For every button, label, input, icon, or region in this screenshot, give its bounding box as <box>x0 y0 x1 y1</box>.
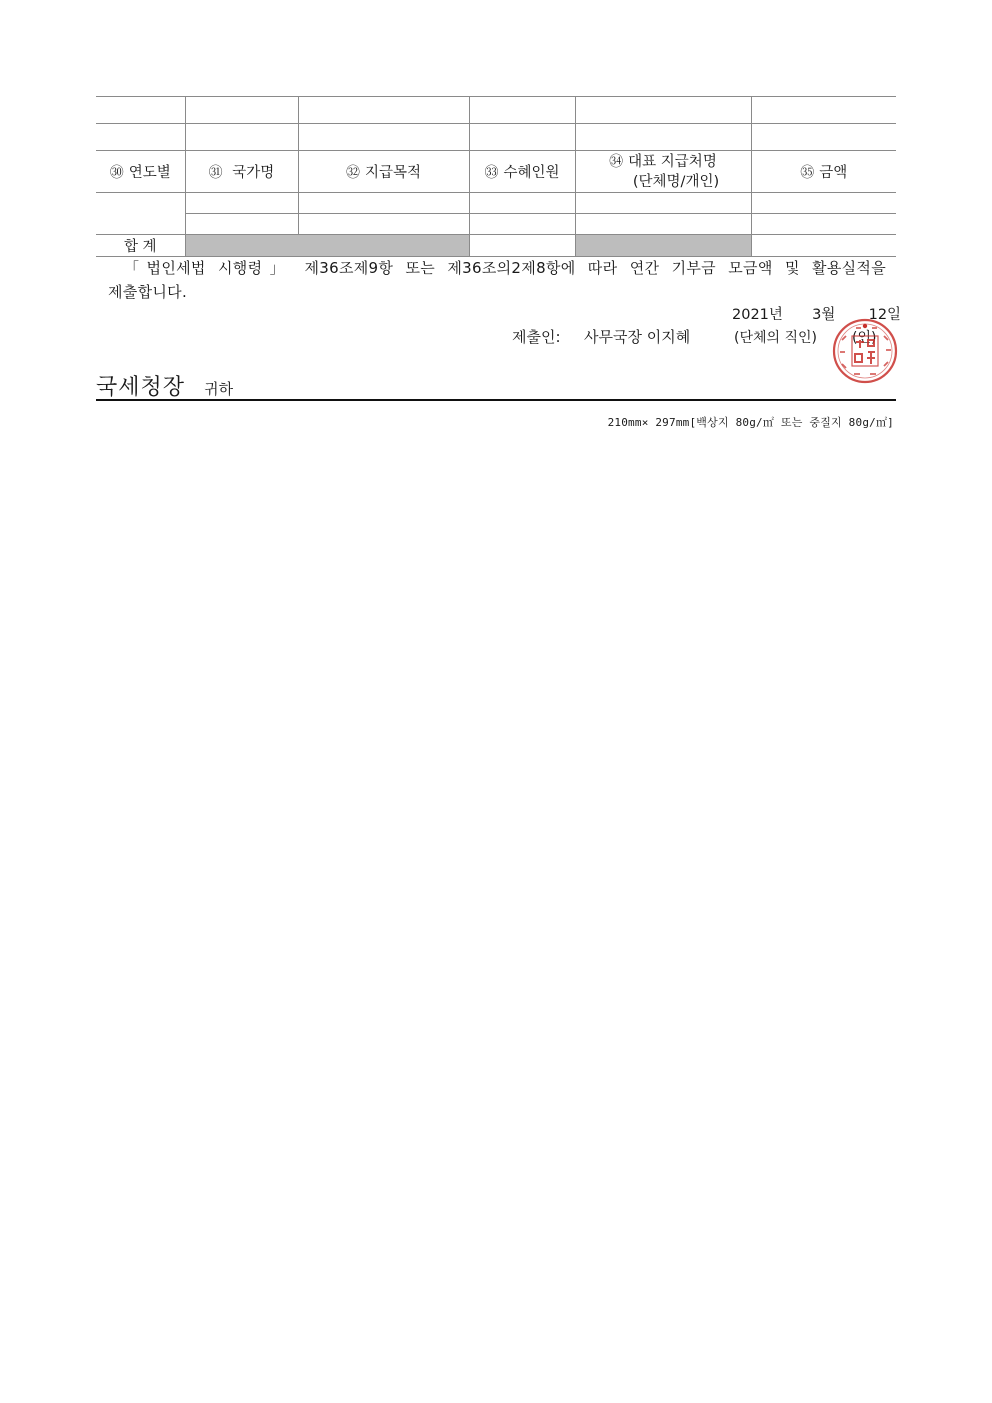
submitter-label: 제출인: <box>512 328 561 346</box>
item-number: ㉞ <box>609 154 622 170</box>
cell[interactable] <box>298 124 469 151</box>
submitter: 제출인: 사무국장 이지혜 (단체의 직인) <box>512 326 561 347</box>
header-label: 수혜인원 <box>503 165 559 181</box>
header-year: ㉚연도별 <box>96 151 185 193</box>
cell[interactable] <box>469 97 575 124</box>
cell[interactable] <box>469 214 575 235</box>
submission-statement: 「법인세법 시행령」 제36조제9항 또는 제36조의2제8항에 따라 연간 기… <box>96 256 886 304</box>
table-row <box>96 124 896 151</box>
table-row <box>96 214 896 235</box>
item-number: ㉟ <box>800 165 813 181</box>
statement-line-1: 「법인세법 시행령」 제36조제9항 또는 제36조의2제8항에 따라 연간 기… <box>96 256 886 280</box>
cell[interactable] <box>575 97 751 124</box>
header-sublabel: (단체명/개인) <box>576 172 751 192</box>
header-amount: ㉟금액 <box>751 151 896 193</box>
total-recipients-cell[interactable] <box>469 235 575 257</box>
header-payee: ㉞대표 지급처명(단체명/개인) <box>575 151 751 193</box>
table-row <box>96 193 896 214</box>
header-label: 대표 지급처명 <box>628 154 717 170</box>
total-amount-cell[interactable] <box>751 235 896 257</box>
cell[interactable] <box>469 193 575 214</box>
cell[interactable] <box>185 124 298 151</box>
table-row <box>96 97 896 124</box>
cell[interactable] <box>751 193 896 214</box>
shaded-cell <box>185 235 469 257</box>
shaded-cell <box>575 235 751 257</box>
header-beneficiaries: ㉝수혜인원 <box>469 151 575 193</box>
recipient: 국세청장 귀하 <box>96 370 896 401</box>
date-year: 2021년 <box>732 303 783 324</box>
item-number: ㉛ <box>209 165 222 181</box>
header-label: 연도별 <box>129 165 171 181</box>
header-label: 금액 <box>819 165 847 181</box>
cell[interactable] <box>751 124 896 151</box>
total-label: 합 계 <box>96 235 185 257</box>
submitter-role: (단체의 직인) <box>734 327 817 347</box>
cell[interactable] <box>298 193 469 214</box>
item-number: ㉝ <box>484 165 497 181</box>
header-label: 지급목적 <box>365 165 421 181</box>
cell[interactable] <box>298 214 469 235</box>
header-label: 국가명 <box>232 165 274 181</box>
cell[interactable] <box>185 97 298 124</box>
recipient-suffix: 귀하 <box>204 380 233 398</box>
cell[interactable] <box>575 214 751 235</box>
statement-line-2: 제출합니다. <box>96 280 886 304</box>
cell[interactable] <box>751 214 896 235</box>
cell[interactable] <box>96 193 185 235</box>
cell[interactable] <box>751 97 896 124</box>
submitter-name: 사무국장 이지혜 <box>584 326 690 347</box>
cell[interactable] <box>575 193 751 214</box>
donation-usage-table: ㉚연도별 ㉛ 국가명 ㉜지급목적 ㉝수혜인원 ㉞대표 지급처명(단체명/개인) … <box>96 96 896 257</box>
cell[interactable] <box>96 124 185 151</box>
cell[interactable] <box>298 97 469 124</box>
total-row: 합 계 <box>96 235 896 257</box>
cell[interactable] <box>575 124 751 151</box>
header-country: ㉛ 국가명 <box>185 151 298 193</box>
item-number: ㉜ <box>346 165 359 181</box>
table-header-row: ㉚연도별 ㉛ 국가명 ㉜지급목적 ㉝수혜인원 ㉞대표 지급처명(단체명/개인) … <box>96 151 896 193</box>
item-number: ㉚ <box>110 165 123 181</box>
cell[interactable] <box>185 193 298 214</box>
cell[interactable] <box>96 97 185 124</box>
header-purpose: ㉜지급목적 <box>298 151 469 193</box>
cell[interactable] <box>185 214 298 235</box>
paper-spec: 210mm× 297mm[백상지 80g/㎡ 또는 중질지 80g/㎡] <box>608 414 894 430</box>
form-page: ㉚연도별 ㉛ 국가명 ㉜지급목적 ㉝수혜인원 ㉞대표 지급처명(단체명/개인) … <box>96 96 896 257</box>
cell[interactable] <box>469 124 575 151</box>
recipient-title: 국세청장 <box>96 375 185 400</box>
